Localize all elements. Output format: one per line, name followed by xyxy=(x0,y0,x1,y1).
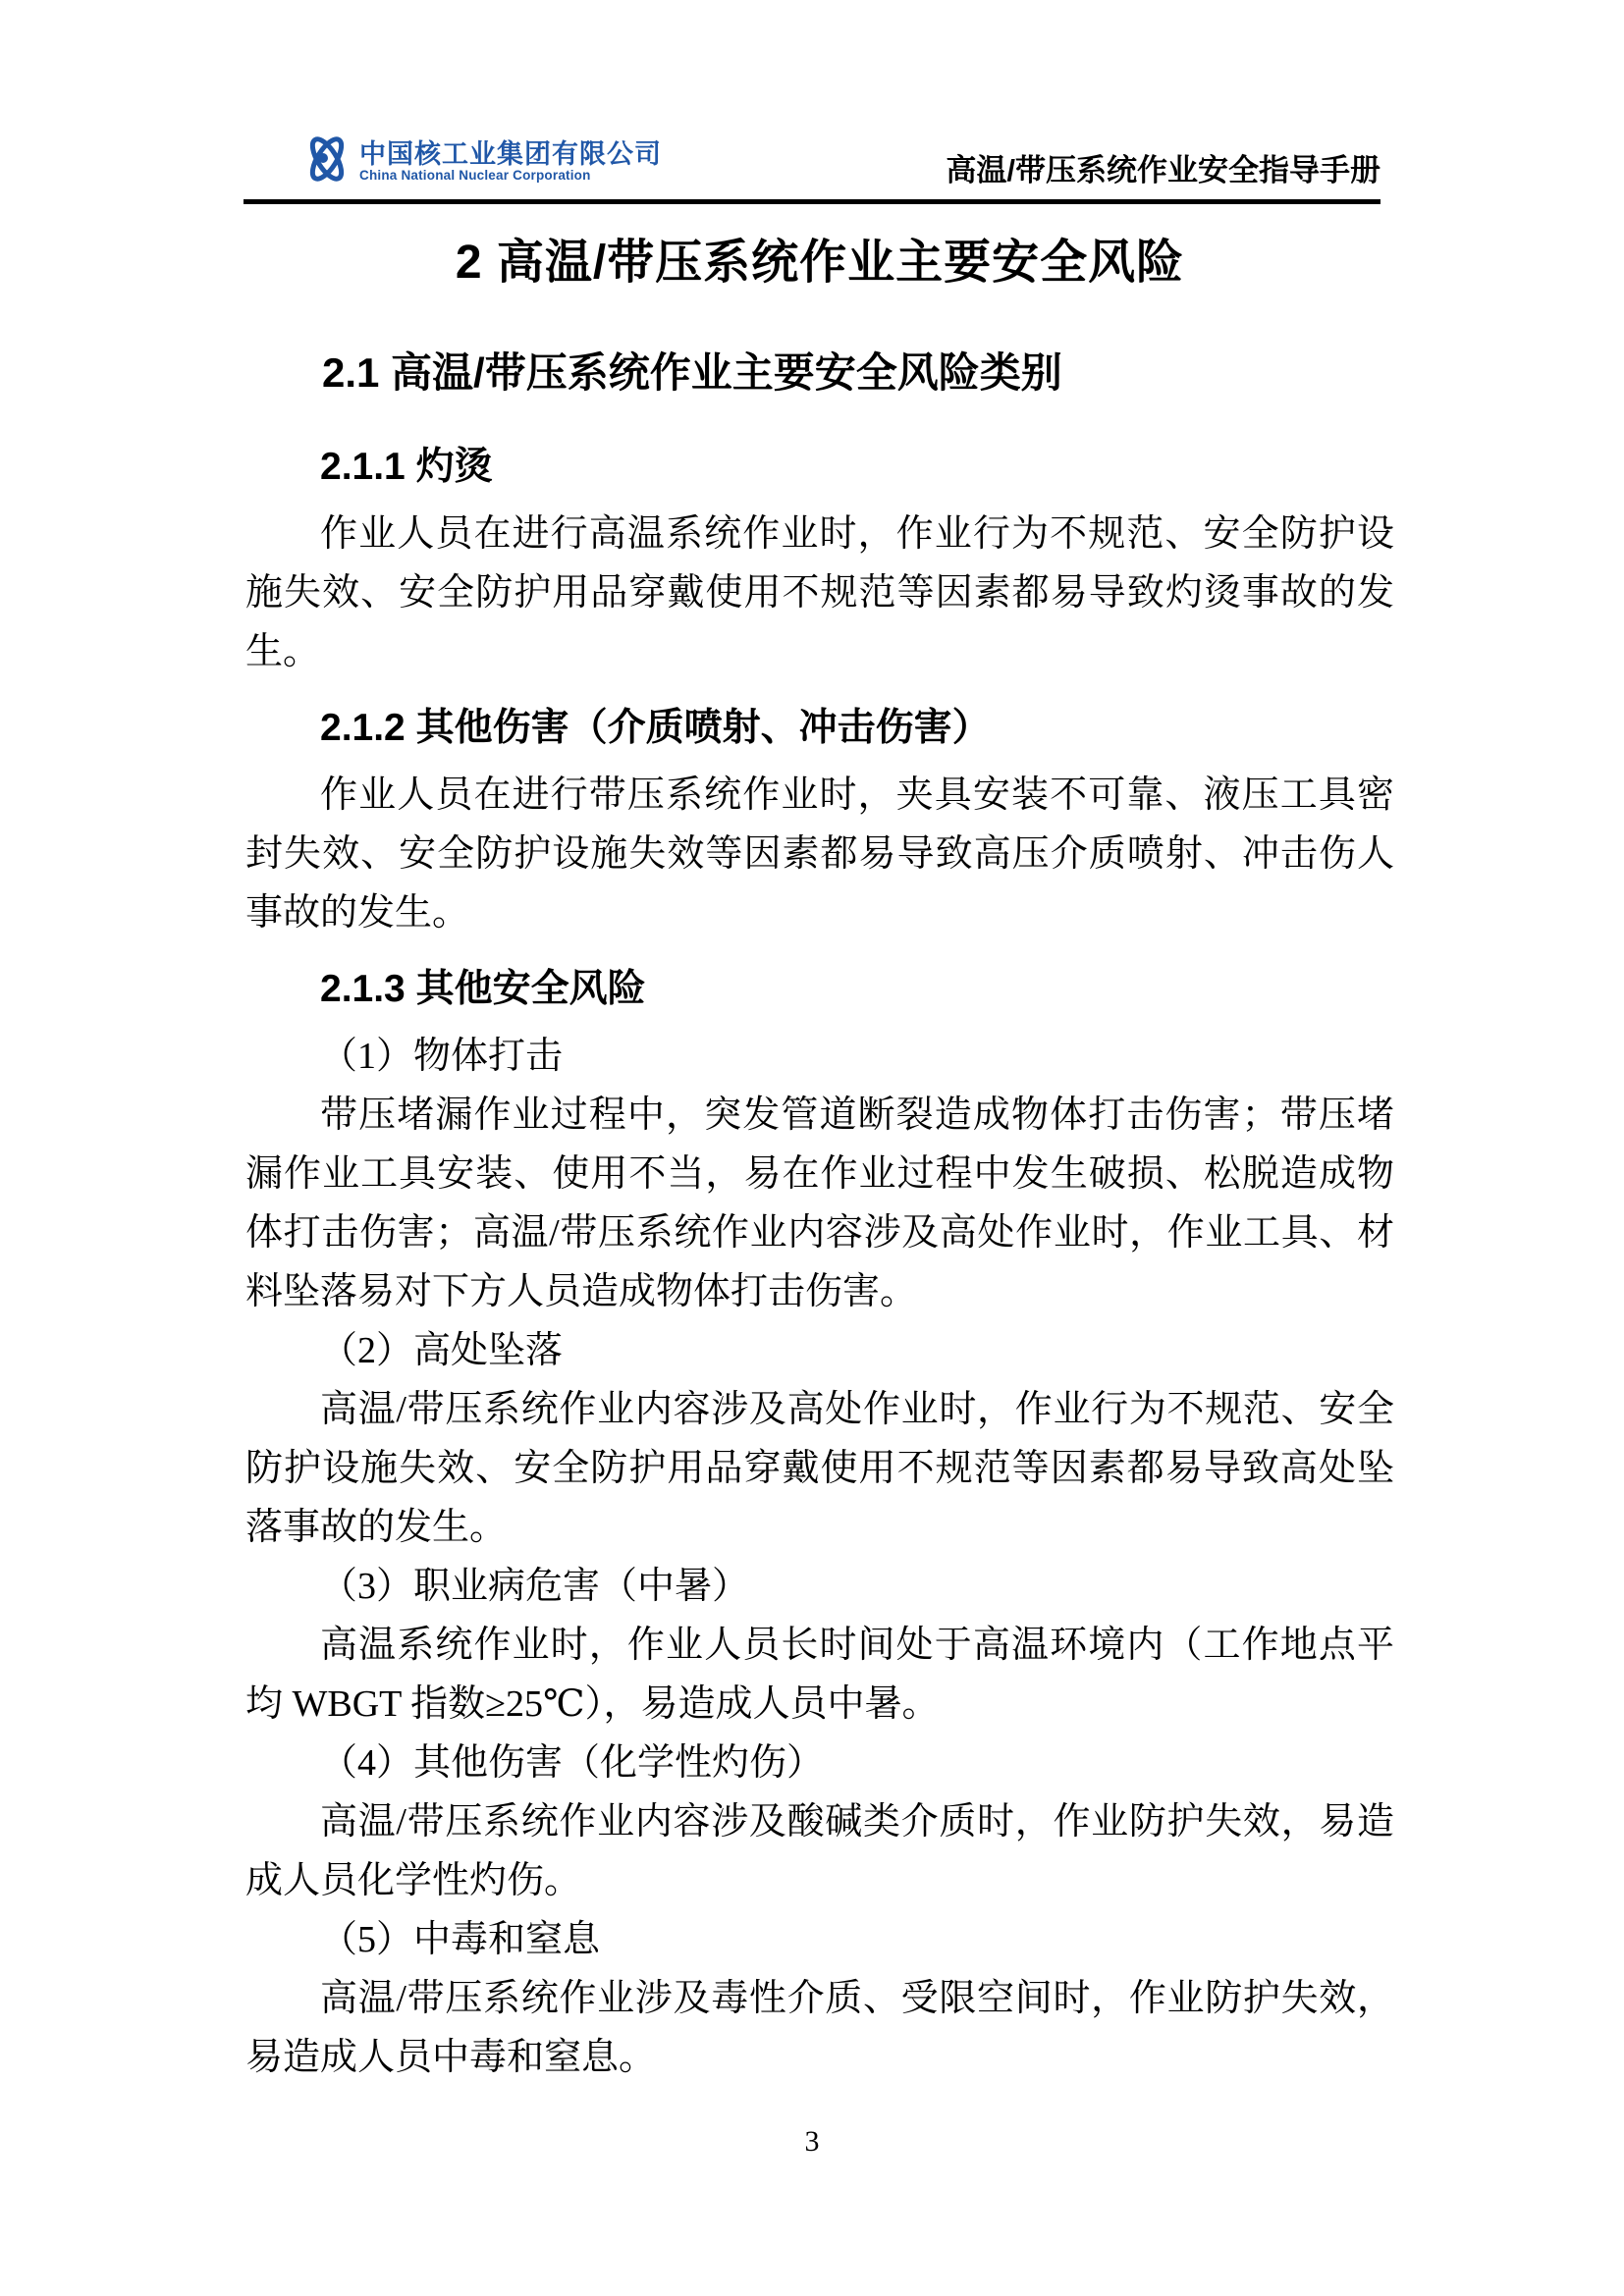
paragraph-scald: 作业人员在进行高温系统作业时，作业行为不规范、安全防护设施失效、安全防护用品穿戴… xyxy=(245,505,1394,681)
item-text-3: 高温系统作业时，作业人员长时间处于高温环境内（工作地点平均 WBGT 指数≥25… xyxy=(245,1616,1394,1734)
header-doc-title: 高温/带压系统作业安全指导手册 xyxy=(946,145,1380,191)
item-label-4: （4）其他伤害（化学性灼伤） xyxy=(245,1734,1394,1792)
item-label-2: （2）高处坠落 xyxy=(245,1321,1394,1380)
item-label-1: （1）物体打击 xyxy=(245,1027,1394,1086)
paragraph-other-injury: 作业人员在进行带压系统作业时，夹具安装不可靠、液压工具密封失效、安全防护设施失效… xyxy=(245,766,1394,942)
item-label-3: （3）职业病危害（中暑） xyxy=(245,1557,1394,1616)
page-number: 3 xyxy=(0,2125,1624,2159)
company-name-en: China National Nuclear Corporation xyxy=(359,169,662,183)
chapter-title: 2 高温/带压系统作业主要安全风险 xyxy=(245,236,1394,291)
company-logo: 中国核工业集团有限公司 China National Nuclear Corpo… xyxy=(302,132,662,191)
item-text-2: 高温/带压系统作业内容涉及高处作业时，作业行为不规范、安全防护设施失效、安全防护… xyxy=(245,1380,1394,1557)
company-name-zh: 中国核工业集团有限公司 xyxy=(359,140,662,168)
page-header: 中国核工业集团有限公司 China National Nuclear Corpo… xyxy=(244,132,1380,204)
subsection-title-2-1-3: 2.1.3 其他安全风险 xyxy=(320,966,1394,1013)
subsection-title-2-1-2: 2.1.2 其他伤害（介质喷射、冲击伤害） xyxy=(320,705,1394,752)
atom-icon xyxy=(302,132,352,191)
item-text-1: 带压堵漏作业过程中，突发管道断裂造成物体打击伤害；带压堵漏作业工具安装、使用不当… xyxy=(245,1086,1394,1321)
document-page: 中国核工业集团有限公司 China National Nuclear Corpo… xyxy=(0,0,1624,2296)
subsection-title-2-1-1: 2.1.1 灼烫 xyxy=(320,444,1394,491)
item-text-5: 高温/带压系统作业涉及毒性介质、受限空间时，作业防护失效，易造成人员中毒和窒息。 xyxy=(245,1969,1394,2087)
logo-text: 中国核工业集团有限公司 China National Nuclear Corpo… xyxy=(359,140,662,183)
item-label-5: （5）中毒和窒息 xyxy=(245,1910,1394,1969)
item-text-4: 高温/带压系统作业内容涉及酸碱类介质时，作业防护失效，易造成人员化学性灼伤。 xyxy=(245,1792,1394,1910)
page-content: 2 高温/带压系统作业主要安全风险 2.1 高温/带压系统作业主要安全风险类别 … xyxy=(245,221,1394,2087)
section-title: 2.1 高温/带压系统作业主要安全风险类别 xyxy=(322,349,1394,397)
